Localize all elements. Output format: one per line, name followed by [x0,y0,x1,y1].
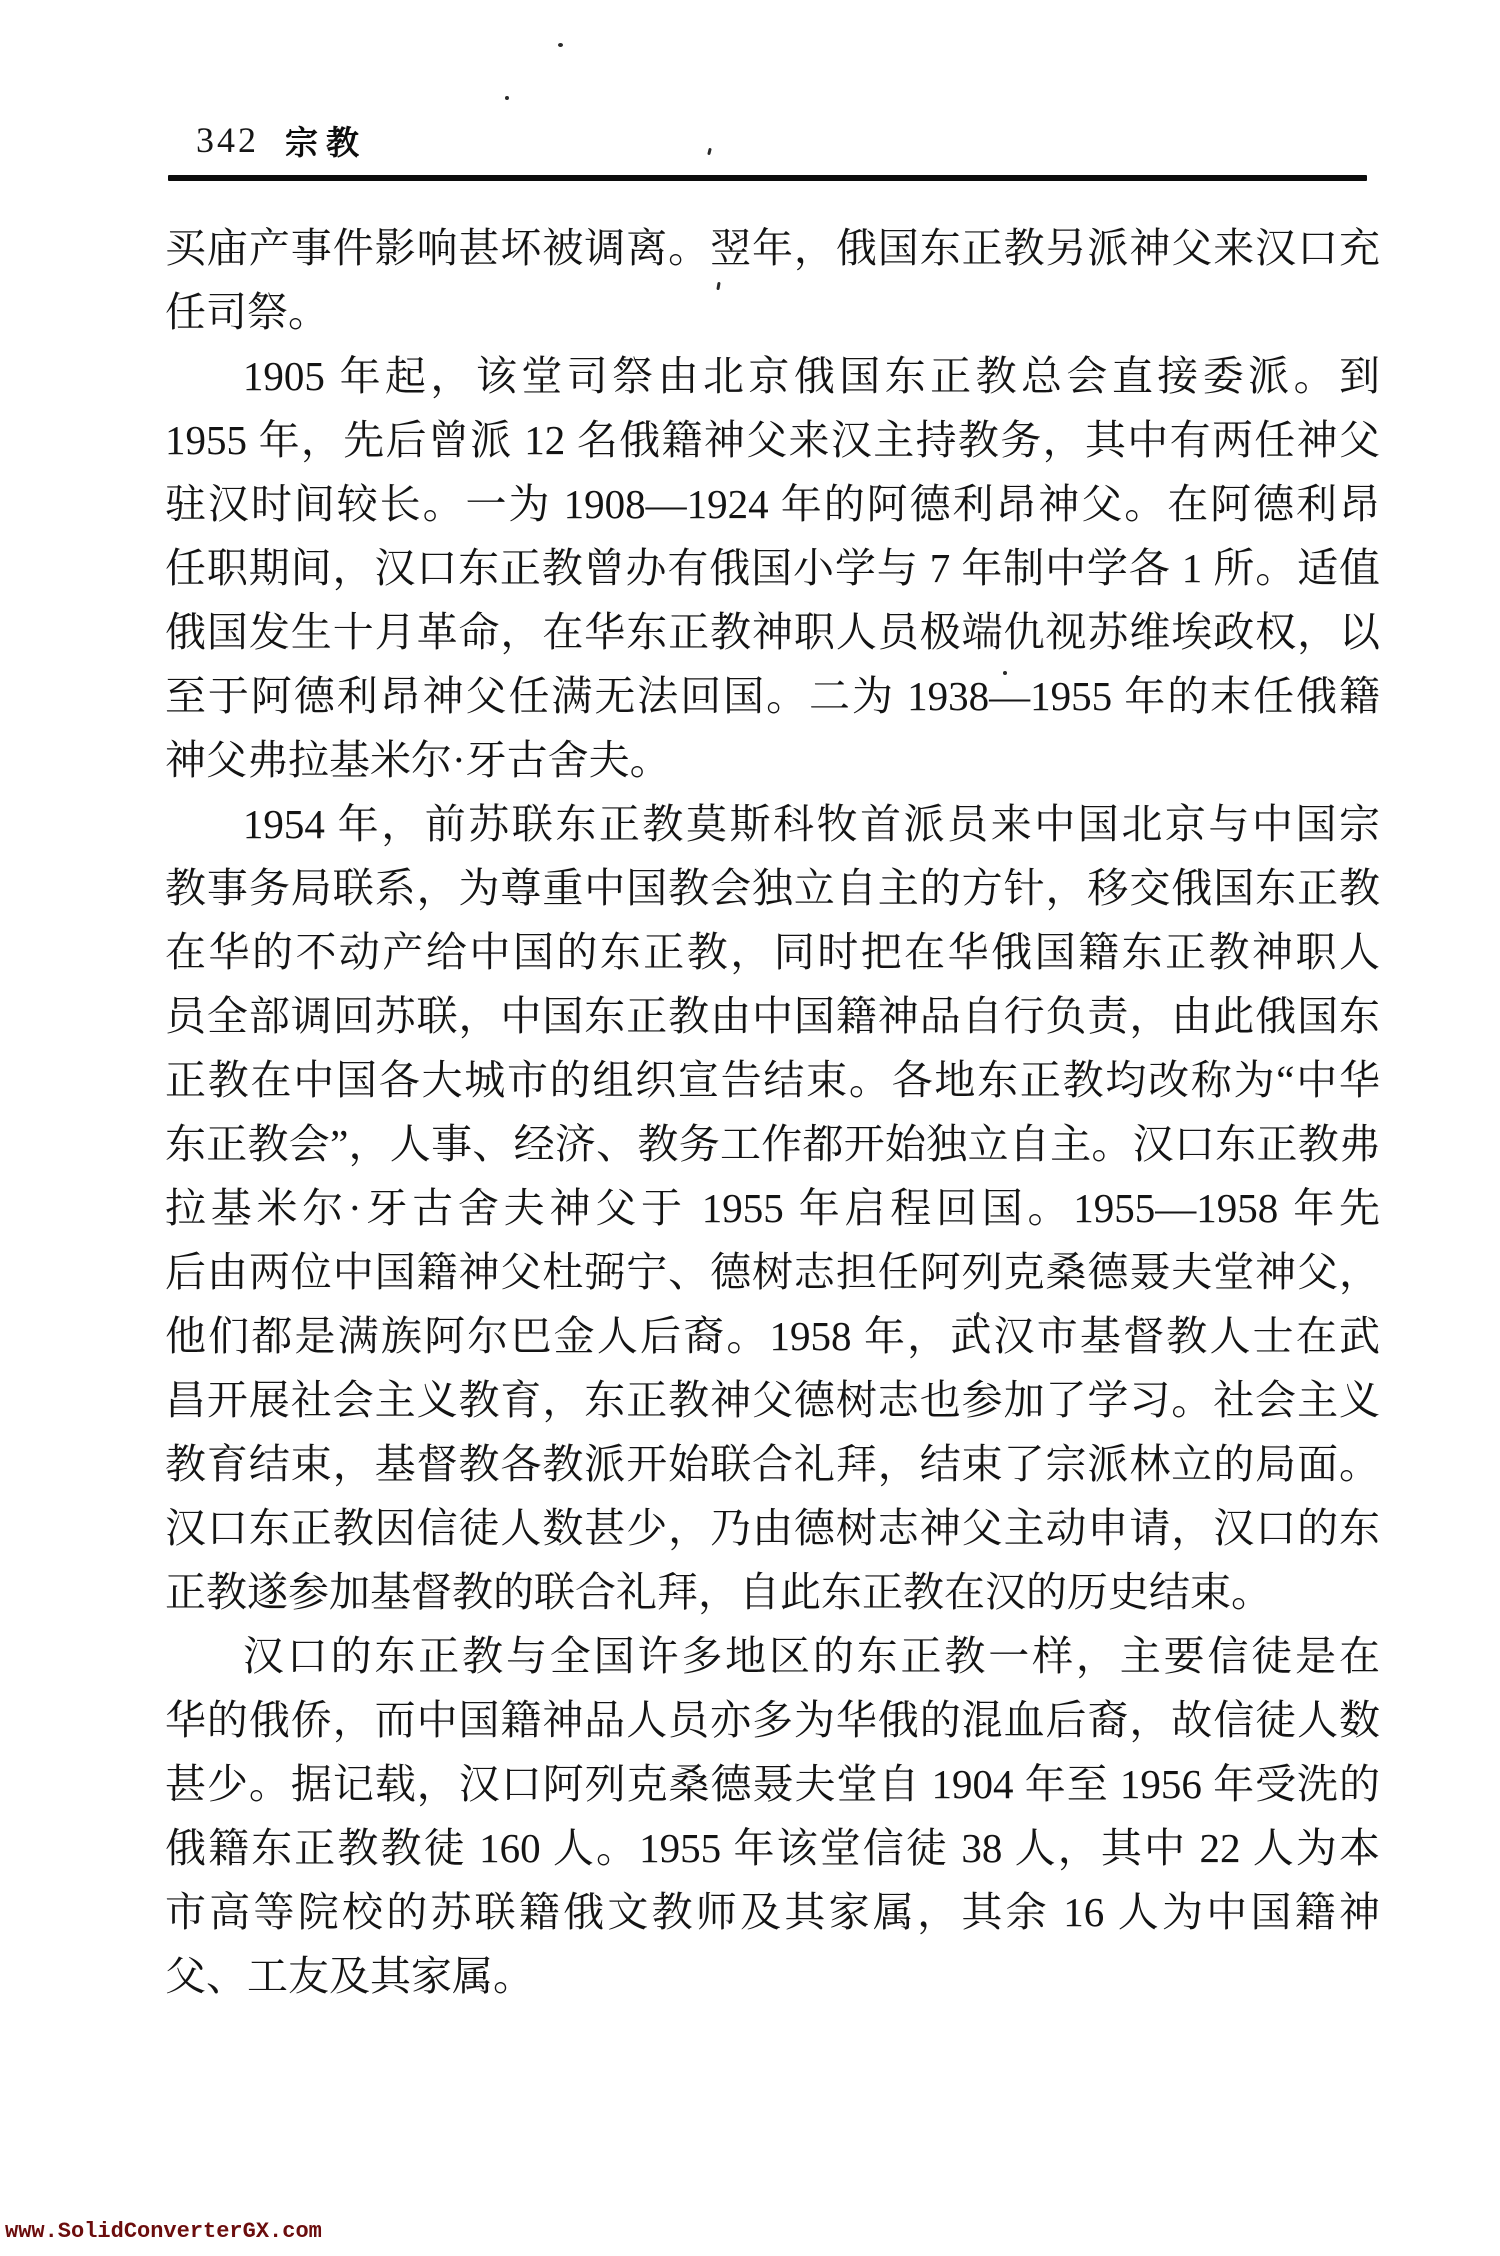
text-line: 1954 年，前苏联东正教莫斯科牧首派员来中国北京与中国宗 [165,792,1380,856]
text-line: 正教在中国各大城市的组织宣告结束。各地东正教均改称为“中华 [165,1048,1380,1112]
text-line: 甚少。据记载，汉口阿列克桑德聂夫堂自 1904 年至 1956 年受洗的 [165,1752,1380,1816]
text-line: 市高等院校的苏联籍俄文教师及其家属，其余 16 人为中国籍神 [165,1880,1380,1944]
text-line: 神父弗拉基米尔·牙古舍夫。 [165,728,1380,792]
body-text: 买庙产事件影响甚坏被调离。翌年，俄国东正教另派神父来汉口充任司祭。1905 年起… [165,216,1380,2008]
scan-speck [558,43,563,47]
text-line: 俄籍东正教教徒 160 人。1955 年该堂信徒 38 人，其中 22 人为本 [165,1816,1380,1880]
text-line: 驻汉时间较长。一为 1908—1924 年的阿德利昂神父。在阿德利昂 [165,472,1380,536]
text-line: 昌开展社会主义教育，东正教神父德树志也参加了学习。社会主义 [165,1368,1380,1432]
text-line: 至于阿德利昂神父任满无法回国。二为 1938—1955 年的末任俄籍 [165,664,1380,728]
page-number: 342 [196,119,259,161]
text-line: 华的俄侨，而中国籍神品人员亦多为华俄的混血后裔，故信徒人数 [165,1688,1380,1752]
header-rule [168,175,1367,181]
section-title: 宗教 [285,117,367,164]
text-line: 1955 年，先后曾派 12 名俄籍神父来汉主持教务，其中有两任神父 [165,408,1380,472]
page-header: 342 宗教 [196,118,367,162]
scan-speck [707,148,712,156]
text-line: 教事务局联系，为尊重中国教会独立自主的方针，移交俄国东正教 [165,856,1380,920]
text-line: 任司祭。 [165,280,1380,344]
text-line: 俄国发生十月革命，在华东正教神职人员极端仇视苏维埃政权，以 [165,600,1380,664]
text-line: 后由两位中国籍神父杜弼宁、德树志担任阿列克桑德聂夫堂神父， [165,1240,1380,1304]
watermark-text: www.SolidConverterGX.com [5,2219,322,2244]
text-line: 在华的不动产给中国的东正教，同时把在华俄国籍东正教神职人 [165,920,1380,984]
text-line: 拉基米尔·牙古舍夫神父于 1955 年启程回国。1955—1958 年先 [165,1176,1380,1240]
text-line: 任职期间，汉口东正教曾办有俄国小学与 7 年制中学各 1 所。适值 [165,536,1380,600]
text-line: 正教遂参加基督教的联合礼拜，自此东正教在汉的历史结束。 [165,1560,1380,1624]
text-line: 1905 年起，该堂司祭由北京俄国东正教总会直接委派。到 [165,344,1380,408]
text-line: 汉口的东正教与全国许多地区的东正教一样，主要信徒是在 [165,1624,1380,1688]
text-line: 教育结束，基督教各教派开始联合礼拜，结束了宗派林立的局面。 [165,1432,1380,1496]
text-line: 东正教会”，人事、经济、教务工作都开始独立自主。汉口东正教弗 [165,1112,1380,1176]
scan-speck [505,96,509,100]
text-line: 汉口东正教因信徒人数甚少，乃由德树志神父主动申请，汉口的东 [165,1496,1380,1560]
text-line: 员全部调回苏联，中国东正教由中国籍神品自行负责，由此俄国东 [165,984,1380,1048]
text-line: 买庙产事件影响甚坏被调离。翌年，俄国东正教另派神父来汉口充 [165,216,1380,280]
text-line: 父、工友及其家属。 [165,1944,1380,2008]
scan-speck [1003,671,1007,675]
book-page: 342 宗教 买庙产事件影响甚坏被调离。翌年，俄国东正教另派神父来汉口充任司祭。… [0,0,1500,2256]
text-line: 他们都是满族阿尔巴金人后裔。1958 年，武汉市基督教人士在武 [165,1304,1380,1368]
